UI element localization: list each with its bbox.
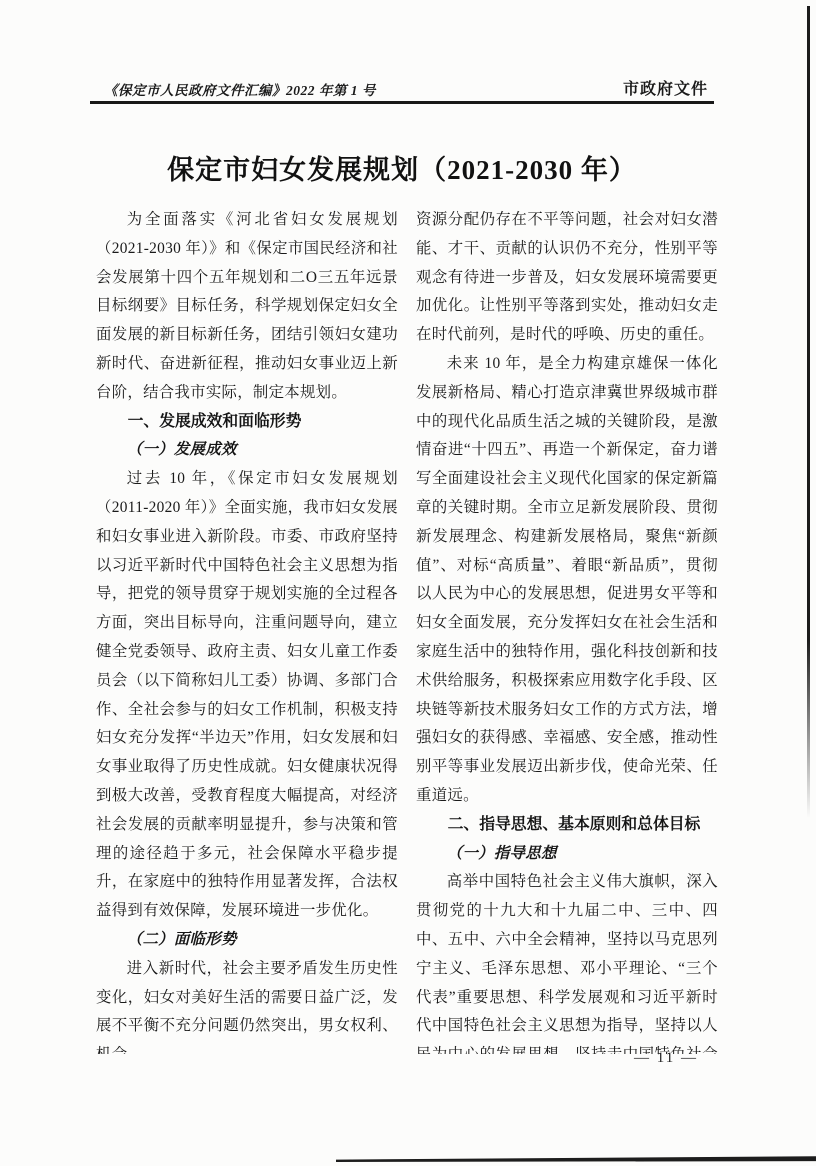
paragraph-continued: 资源分配仍存在不平等问题，社会对妇女潜能、才干、贡献的认识仍不充分，性别平等观念… bbox=[416, 206, 718, 350]
body-columns: 为全面落实《河北省妇女发展规划（2021-2030 年）》和《保定市国民经济和社… bbox=[96, 206, 718, 1054]
header-doc-type-label: 市政府文件 bbox=[623, 76, 714, 99]
scan-edge-bottom bbox=[336, 1156, 816, 1162]
document-title: 保定市妇女发展规划（2021-2030 年） bbox=[90, 148, 714, 187]
paragraph: 为全面落实《河北省妇女发展规划（2021-2030 年）》和《保定市国民经济和社… bbox=[96, 206, 398, 408]
scan-edge-right bbox=[807, 6, 810, 818]
header-compilation-label: 《保定市人民政府文件汇编》2022 年第 1 号 bbox=[90, 79, 376, 99]
paragraph: 过去 10 年，《保定市妇女发展规划（2011-2020 年）》全面实施，我市妇… bbox=[96, 465, 398, 926]
right-column: 资源分配仍存在不平等问题，社会对妇女潜能、才干、贡献的认识仍不充分，性别平等观念… bbox=[416, 206, 718, 1054]
page-number: — 11 — bbox=[96, 1050, 718, 1067]
paragraph: 进入新时代，社会主要矛盾发生历史性变化，妇女对美好生活的需要日益广泛，发展不平衡… bbox=[96, 955, 398, 1054]
sub-heading: （一）发展成效 bbox=[96, 436, 398, 465]
left-column: 为全面落实《河北省妇女发展规划（2021-2030 年）》和《保定市国民经济和社… bbox=[96, 206, 398, 1054]
header-rule bbox=[90, 101, 714, 104]
paragraph: 未来 10 年，是全力构建京雄保一体化发展新格局、精心打造京津冀世界级城市群中的… bbox=[416, 350, 718, 811]
paragraph: 高举中国特色社会主义伟大旗帜，深入贯彻党的十九大和十九届二中、三中、四中、五中、… bbox=[416, 868, 718, 1054]
section-heading: 二、指导思想、基本原则和总体目标 bbox=[416, 811, 718, 840]
section-heading: 一、发展成效和面临形势 bbox=[96, 408, 398, 437]
sub-heading: （二）面临形势 bbox=[96, 926, 398, 955]
sub-heading: （一）指导思想 bbox=[416, 840, 718, 869]
page-header: 《保定市人民政府文件汇编》2022 年第 1 号 市政府文件 bbox=[90, 76, 714, 99]
document-page: 《保定市人民政府文件汇编》2022 年第 1 号 市政府文件 保定市妇女发展规划… bbox=[0, 0, 816, 1166]
